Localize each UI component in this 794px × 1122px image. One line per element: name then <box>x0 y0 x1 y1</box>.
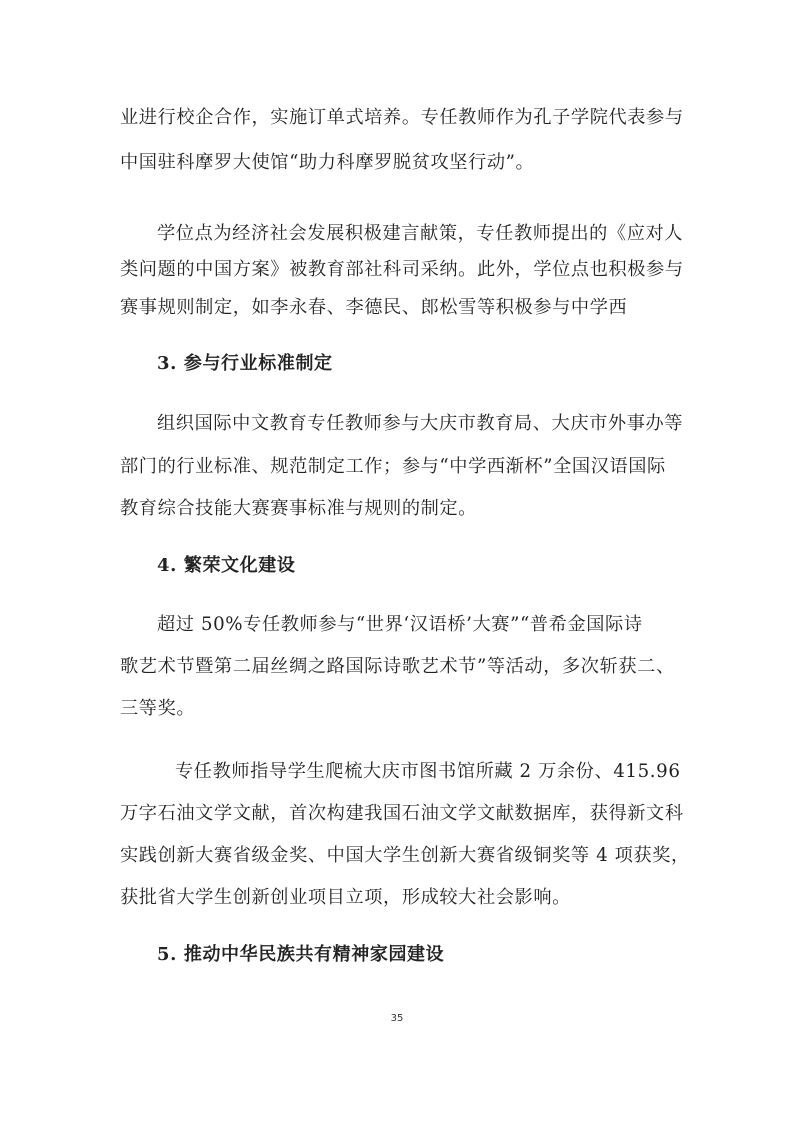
paragraph-line: 赛事规则制定，如李永春、李德民、郎松雪等积极参与中学西 <box>120 296 627 320</box>
paragraph-line: 专任教师指导学生爬梳大庆市图书馆所藏 2 万余份、415.96 <box>175 760 681 784</box>
paragraph-line: 部门的行业标准、规范制定工作；参与“中学西渐杯”全国汉语国际 <box>120 455 666 479</box>
section-heading: 3. 参与行业标准制定 <box>157 352 333 376</box>
paragraph-line: 学位点为经济社会发展积极建言献策，专任教师提出的《应对人 <box>157 222 683 246</box>
paragraph-line: 组织国际中文教育专任教师参与大庆市教育局、大庆市外事办等 <box>157 412 683 436</box>
paragraph-line: 超过 50%专任教师参与“世界‘汉语桥’大赛”“普希金国际诗 <box>157 613 643 637</box>
paragraph-line: 万字石油文学文献，首次构建我国石油文学文献数据库，获得新文科 <box>120 802 684 826</box>
section-heading: 5. 推动中华民族共有精神家园建设 <box>157 943 444 967</box>
paragraph-line: 中国驻科摩罗大使馆“助力科摩罗脱贫攻坚行动”。 <box>120 151 534 175</box>
paragraph-line: 类问题的中国方案》被教育部社科司采纳。此外，学位点也积极参与 <box>120 258 684 282</box>
paragraph-line: 三等奖。 <box>120 697 195 721</box>
page-number: 35 <box>0 1013 794 1024</box>
section-heading: 4. 繁荣文化建设 <box>157 554 295 578</box>
paragraph-line: 业进行校企合作，实施订单式培养。专任教师作为孔子学院代表参与 <box>120 106 684 130</box>
paragraph-line: 实践创新大赛省级金奖、中国大学生创新大赛省级铜奖等 4 项获奖， <box>120 844 690 868</box>
paragraph-line: 教育综合技能大赛赛事标准与规则的制定。 <box>120 497 477 521</box>
paragraph-line: 歌艺术节暨第二届丝绸之路国际诗歌艺术节”等活动，多次斩获二、 <box>120 655 675 679</box>
paragraph-line: 获批省大学生创新创业项目立项，形成较大社会影响。 <box>120 886 571 910</box>
